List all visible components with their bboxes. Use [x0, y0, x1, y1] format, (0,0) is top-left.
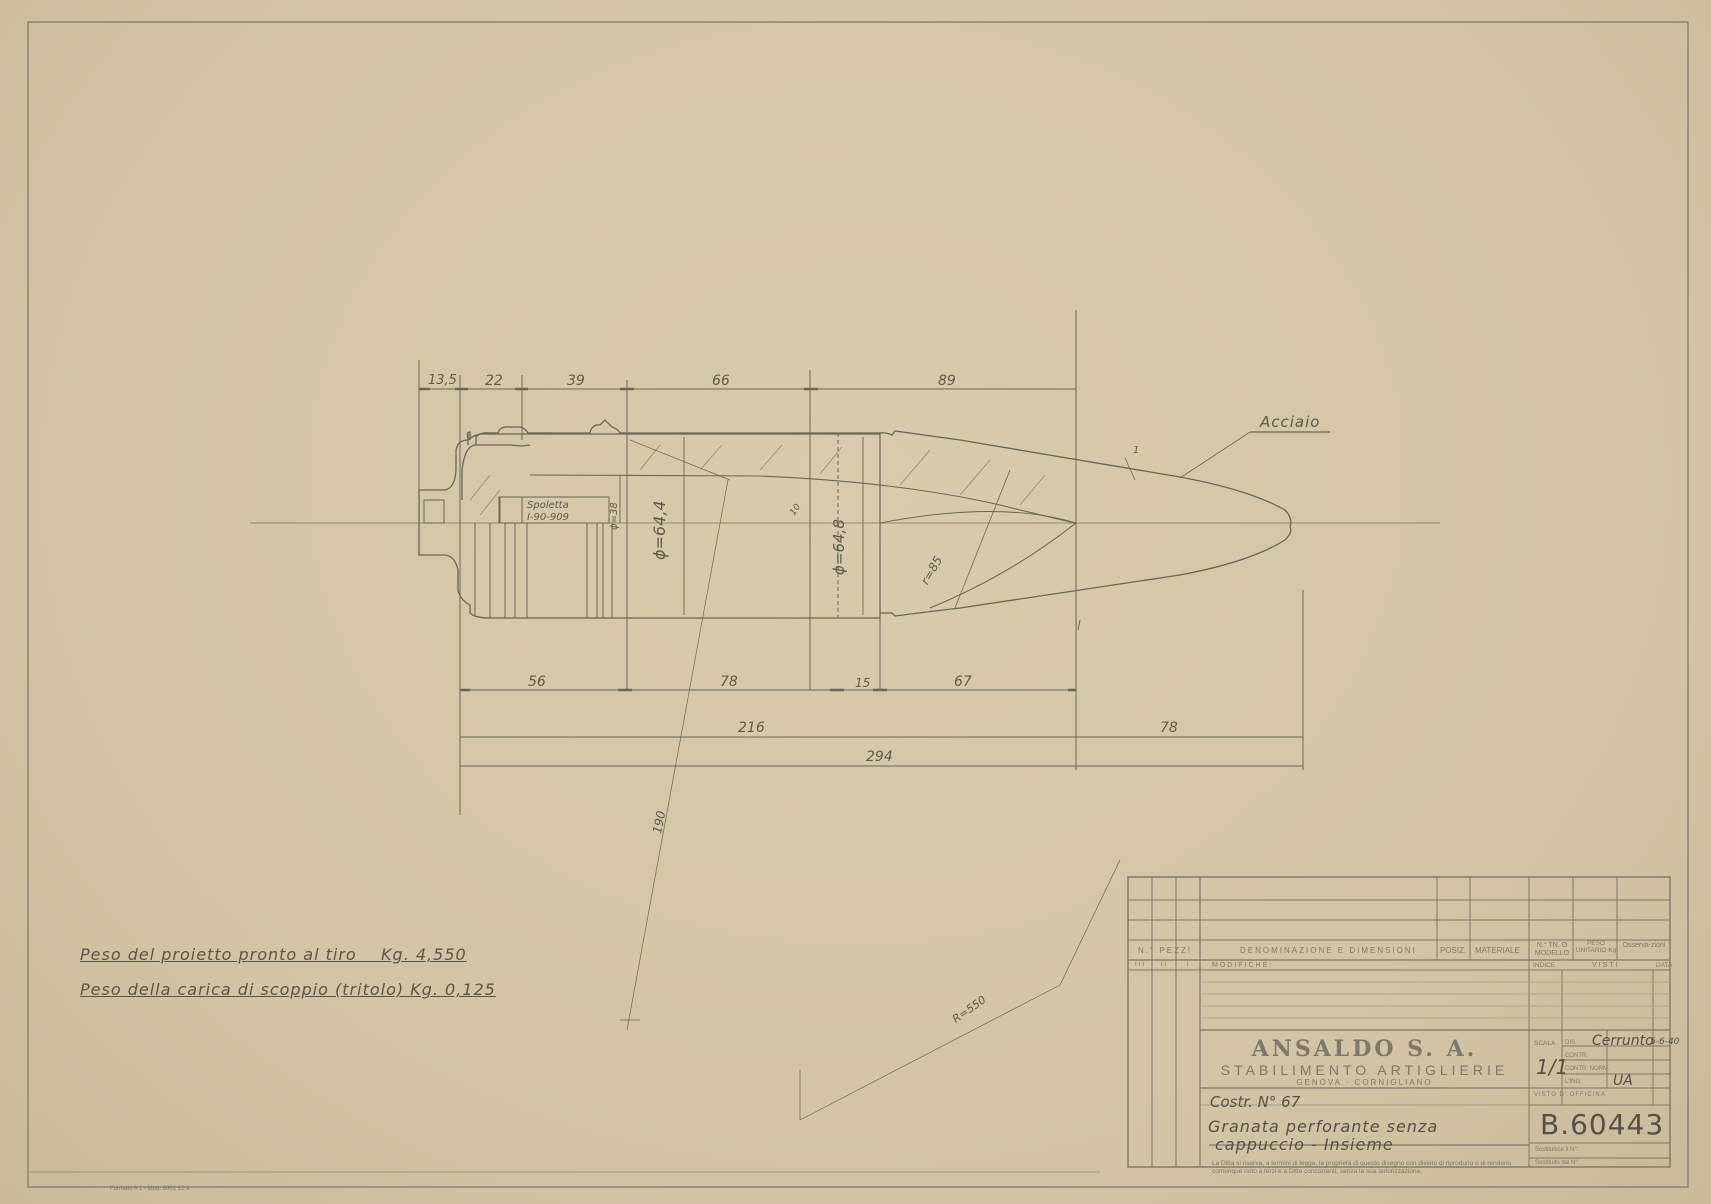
scale-value: 1/1	[1536, 1055, 1568, 1079]
thickness-1: 1	[1133, 445, 1139, 456]
fuze-label: Spoletta I-90-909	[527, 500, 569, 524]
note-projectile-weight: Peso del proietto pronto al tiro Kg. 4,5…	[80, 945, 467, 964]
dim-top-66: 66	[712, 373, 730, 389]
dis-signature: Cerrunto	[1592, 1033, 1654, 1049]
dim-overall-294: 294	[866, 749, 893, 765]
company-subtitle: STABILIMENTO ARTIGLIERIE	[1200, 1062, 1529, 1078]
substituted-by-label: Sostituito dal N°:	[1535, 1160, 1579, 1166]
hdr-model: N.° TN. O MODELLO	[1531, 942, 1573, 958]
hdr-visti: VISTI	[1592, 962, 1620, 969]
hdr-material: MATERIALE	[1475, 946, 1520, 955]
ing-label: L'ING.	[1565, 1079, 1582, 1085]
dim-top-39: 39	[567, 373, 585, 389]
shell-drawing	[0, 0, 1711, 1204]
dim-bottom-15: 15	[855, 676, 870, 690]
company-block: ANSALDO S. A. STABILIMENTO ARTIGLIERIE G…	[1200, 1036, 1529, 1087]
hdr-modifiche: MODIFICHE:	[1212, 962, 1273, 969]
dim-top-89: 89	[938, 373, 956, 389]
diameter-38: ϕ=38	[609, 502, 620, 530]
dim-bottom-78-tip: 78	[1160, 720, 1178, 736]
dim-top-13-5: 13,5	[428, 373, 457, 388]
visto-officina-label: VISTO D' OFFICINA	[1534, 1092, 1606, 1098]
note-charge-weight: Peso della carica di scoppio (tritolo) K…	[80, 980, 496, 999]
scale-label: SCALA	[1534, 1040, 1555, 1047]
hdr-data: DATA	[1656, 962, 1672, 969]
company-name: ANSALDO S. A.	[1200, 1036, 1529, 1062]
drawing-title-line2: cappuccio - Insieme	[1215, 1135, 1394, 1154]
hdr-mod-i: I	[1187, 962, 1191, 968]
material-label: Acciaio	[1260, 413, 1320, 431]
construction-number: Costr. N° 67	[1210, 1093, 1300, 1111]
hdr-notes: Osserva-zioni	[1620, 942, 1668, 950]
substitutes-label: Sostituisce il N°:	[1535, 1147, 1578, 1153]
contr-label: CONTR.	[1565, 1053, 1588, 1059]
form-label: Formato A 1 - Mod. 8001 12 a	[110, 1186, 189, 1192]
hdr-mod-ii: II	[1161, 962, 1168, 968]
drawing-number: B.60443	[1540, 1108, 1664, 1141]
dis-date: 5-6-40	[1650, 1037, 1679, 1047]
dim-bottom-78: 78	[720, 674, 738, 690]
ownership-notice: La Ditta si riserva, a termini di legge,…	[1212, 1160, 1522, 1176]
hdr-name: DENOMINAZIONE E DIMENSIONI	[1240, 946, 1417, 955]
hdr-indice: INDICE	[1533, 962, 1555, 969]
dim-bottom-67: 67	[954, 674, 972, 690]
hdr-position: POSIZ.	[1440, 946, 1466, 955]
contr-norm-label: CONTR. NORM.	[1565, 1066, 1610, 1072]
drawing-title-line1: Granata perforante senza	[1208, 1117, 1438, 1136]
diameter-64-8: ϕ=64,8	[830, 519, 848, 575]
ing-signature: UA	[1613, 1073, 1633, 1089]
diameter-64-4: ϕ=64,4	[650, 500, 669, 560]
hdr-unit-weight: PESO UNITARIO Kg	[1575, 940, 1617, 954]
dim-bottom-216: 216	[738, 720, 765, 736]
company-city: GENOVA · CORNIGLIANO	[1200, 1078, 1529, 1087]
dim-bottom-56: 56	[528, 674, 546, 690]
hdr-pieces: N.° PEZZI	[1138, 946, 1192, 955]
dis-label: DIS.	[1565, 1040, 1577, 1046]
fuze-label-line2: I-90-909	[527, 512, 569, 524]
dim-top-22: 22	[485, 373, 503, 389]
fuze-label-line1: Spoletta	[527, 500, 569, 512]
hdr-mod-iii: III	[1135, 962, 1146, 968]
